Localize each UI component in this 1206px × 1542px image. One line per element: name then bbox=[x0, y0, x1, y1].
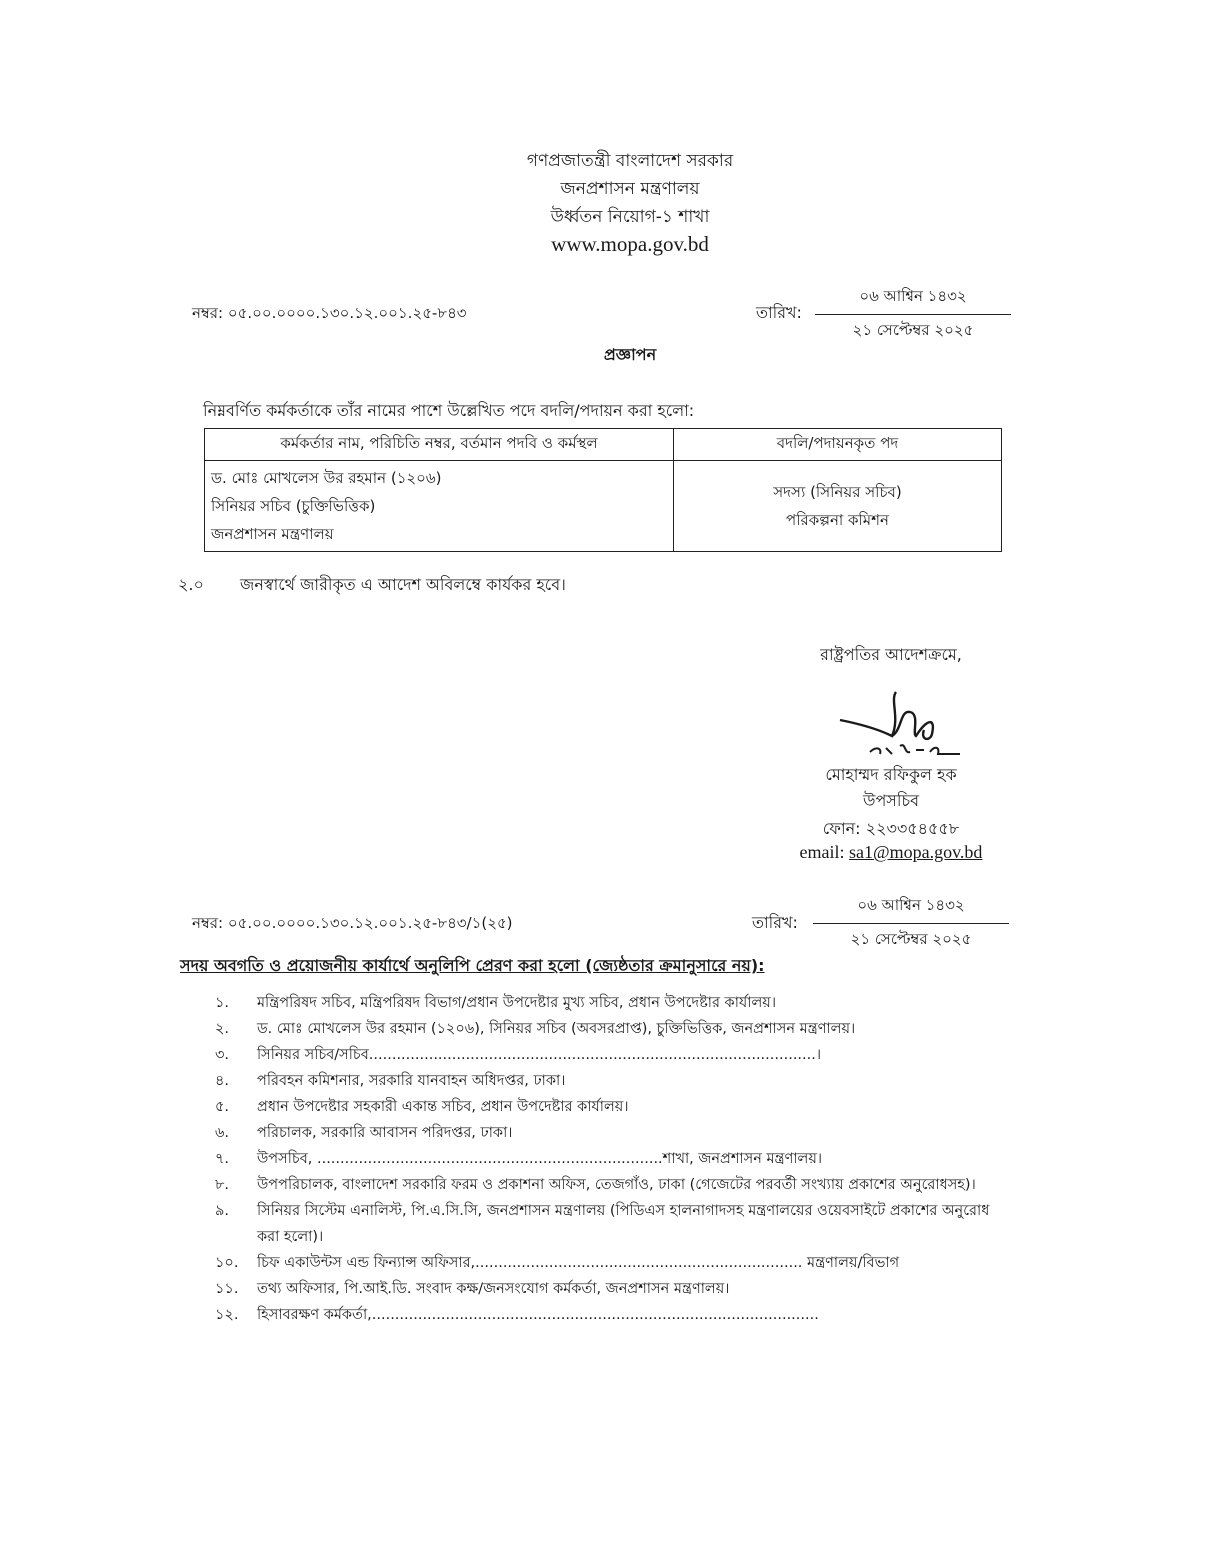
document-title: প্রজ্ঞাপন bbox=[0, 342, 1206, 369]
signature-scribble-icon bbox=[820, 690, 980, 760]
signatory-designation: উপসচিব bbox=[760, 788, 1022, 815]
list-item-text: চিফ একাউন্টস এন্ড ফিন্যান্স অফিসার,.....… bbox=[257, 1250, 1005, 1276]
list-item-number: ১১. bbox=[215, 1276, 257, 1302]
officer-designation: সিনিয়র সচিব (চুক্তিভিত্তিক) bbox=[211, 492, 667, 520]
copy-heading: সদয় অবগতি ও প্রয়োজনীয় কার্যার্থে অনুল… bbox=[180, 953, 765, 980]
list-item-number: ৫. bbox=[215, 1094, 257, 1120]
posting-cell: সদস্য (সিনিয়র সচিব) পরিকল্পনা কমিশন bbox=[674, 461, 1002, 552]
intro-text: নিম্নবর্ণিত কর্মকর্তাকে তাঁর নামের পাশে … bbox=[203, 398, 694, 425]
list-item-text: পরিচালক, সরকারি আবাসন পরিদপ্তর, ঢাকা। bbox=[257, 1120, 1005, 1146]
list-item-text: সিনিয়র সচিব/সচিব.......................… bbox=[257, 1042, 1005, 1068]
email-link[interactable]: sa1@mopa.gov.bd bbox=[849, 842, 982, 862]
list-item: ১১.তথ্য অফিসার, পি.আই.ডি. সংবাদ কক্ষ/জনস… bbox=[215, 1276, 1005, 1302]
list-item-text: পরিবহন কমিশনার, সরকারি যানবাহন অধিদপ্তর,… bbox=[257, 1068, 1005, 1094]
list-item-text: প্রধান উপদেষ্টার সহকারী একান্ত সচিব, প্র… bbox=[257, 1094, 1005, 1120]
list-item-number: ৭. bbox=[215, 1146, 257, 1172]
list-item: ৬.পরিচালক, সরকারি আবাসন পরিদপ্তর, ঢাকা। bbox=[215, 1120, 1005, 1146]
signatory-phone: ফোন: ২২৩৩৫৪৫৫৮ bbox=[760, 816, 1022, 843]
list-item-number: ১২. bbox=[215, 1302, 257, 1328]
list-item: ১০.চিফ একাউন্টস এন্ড ফিন্যান্স অফিসার,..… bbox=[215, 1250, 1005, 1276]
list-item-text: তথ্য অফিসার, পি.আই.ডি. সংবাদ কক্ষ/জনসংযো… bbox=[257, 1276, 1005, 1302]
list-item-number: ১. bbox=[215, 990, 257, 1016]
list-item-text: উপপরিচালক, বাংলাদেশ সরকারি ফরম ও প্রকাশন… bbox=[257, 1172, 1005, 1198]
order-line: রাষ্ট্রপতির আদেশক্রমে, bbox=[760, 642, 1022, 669]
copy-list: ১.মন্ত্রিপরিষদ সচিব, মন্ত্রিপরিষদ বিভাগ/… bbox=[215, 990, 1005, 1328]
list-item: ২.ড. মোঃ মোখলেস উর রহমান (১২০৬), সিনিয়র… bbox=[215, 1016, 1005, 1042]
officer-workplace: জনপ্রশাসন মন্ত্রণালয় bbox=[211, 520, 667, 548]
list-item: ৮.উপপরিচালক, বাংলাদেশ সরকারি ফরম ও প্রকা… bbox=[215, 1172, 1005, 1198]
posting-position: সদস্য (সিনিয়র সচিব) bbox=[680, 478, 995, 506]
signatory-email: email: sa1@mopa.gov.bd bbox=[760, 842, 1022, 863]
date-bangla: ০৬ আশ্বিন ১৪৩২ bbox=[815, 285, 1011, 315]
table-header-posting: বদলি/পদায়নকৃত পদ bbox=[674, 429, 1002, 461]
govt-name: গণপ্রজাতন্ত্রী বাংলাদেশ সরকার bbox=[0, 148, 1206, 176]
posting-table: কর্মকর্তার নাম, পরিচিতি নম্বর, বর্তমান প… bbox=[204, 428, 1002, 552]
list-item: ৯.সিনিয়র সিস্টেম এনালিস্ট, পি.এ.সি.সি, … bbox=[215, 1198, 1005, 1250]
list-item-text: সিনিয়র সিস্টেম এনালিস্ট, পি.এ.সি.সি, জন… bbox=[257, 1198, 1005, 1250]
list-item: ৪.পরিবহন কমিশনার, সরকারি যানবাহন অধিদপ্ত… bbox=[215, 1068, 1005, 1094]
list-item: ৩.সিনিয়র সচিব/সচিব.....................… bbox=[215, 1042, 1005, 1068]
memo-number: নম্বর: ০৫.০০.০০০০.১৩০.১২.০০১.২৫-৮৪৩ bbox=[192, 302, 467, 327]
officer-cell: ড. মোঃ মোখলেস উর রহমান (১২০৬) সিনিয়র সচ… bbox=[205, 461, 674, 552]
officer-name: ড. মোঃ মোখলেস উর রহমান (১২০৬) bbox=[211, 464, 667, 492]
list-item: ৭.উপসচিব, ..............................… bbox=[215, 1146, 1005, 1172]
ministry-name: জনপ্রশাসন মন্ত্রণালয় bbox=[0, 176, 1206, 204]
list-item-number: ১০. bbox=[215, 1250, 257, 1276]
memo-date-copy: ০৬ আশ্বিন ১৪৩২ ২১ সেপ্টেম্বর ২০২৫ bbox=[813, 894, 1009, 953]
table-header-officer: কর্মকর্তার নাম, পরিচিতি নম্বর, বর্তমান প… bbox=[205, 429, 674, 461]
list-item-number: ৮. bbox=[215, 1172, 257, 1198]
list-item-number: ৪. bbox=[215, 1068, 257, 1094]
website-link[interactable]: www.mopa.gov.bd bbox=[0, 232, 1206, 257]
paragraph-text: জনস্বার্থে জারীকৃত এ আদেশ অবিলম্বে কার্য… bbox=[240, 575, 566, 594]
list-item-number: ৬. bbox=[215, 1120, 257, 1146]
date-gregorian-copy: ২১ সেপ্টেম্বর ২০২৫ bbox=[813, 924, 1009, 953]
memo-date: ০৬ আশ্বিন ১৪৩২ ২১ সেপ্টেম্বর ২০২৫ bbox=[815, 285, 1011, 344]
date-gregorian: ২১ সেপ্টেম্বর ২০২৫ bbox=[815, 315, 1011, 344]
list-item-number: ৯. bbox=[215, 1198, 257, 1250]
section-name: উর্ধ্বতন নিয়োগ-১ শাখা bbox=[0, 204, 1206, 232]
list-item-number: ২. bbox=[215, 1016, 257, 1042]
list-item-number: ৩. bbox=[215, 1042, 257, 1068]
list-item-text: হিসাবরক্ষণ কর্মকর্তা,...................… bbox=[257, 1302, 1005, 1328]
posting-office: পরিকল্পনা কমিশন bbox=[680, 506, 995, 534]
date-bangla-copy: ০৬ আশ্বিন ১৪৩২ bbox=[813, 894, 1009, 924]
memo-number-copy: নম্বর: ০৫.০০.০০০০.১৩০.১২.০০১.২৫-৮৪৩/১(২৫… bbox=[192, 912, 513, 937]
signatory-name: মোহাম্মদ রফিকুল হক bbox=[760, 762, 1022, 789]
list-item-text: ড. মোঃ মোখলেস উর রহমান (১২০৬), সিনিয়র স… bbox=[257, 1016, 1005, 1042]
email-label: email: bbox=[800, 842, 845, 862]
date-label: তারিখ: bbox=[756, 300, 802, 327]
list-item: ১২.হিসাবরক্ষণ কর্মকর্তা,................… bbox=[215, 1302, 1005, 1328]
list-item: ৫.প্রধান উপদেষ্টার সহকারী একান্ত সচিব, প… bbox=[215, 1094, 1005, 1120]
paragraph-number: ২.০ bbox=[178, 572, 240, 599]
list-item-text: মন্ত্রিপরিষদ সচিব, মন্ত্রিপরিষদ বিভাগ/প্… bbox=[257, 990, 1005, 1016]
list-item: ১.মন্ত্রিপরিষদ সচিব, মন্ত্রিপরিষদ বিভাগ/… bbox=[215, 990, 1005, 1016]
table-row: ড. মোঃ মোখলেস উর রহমান (১২০৬) সিনিয়র সচ… bbox=[205, 461, 1002, 552]
date-label-copy: তারিখ: bbox=[752, 910, 798, 937]
list-item-text: উপসচিব, ................................… bbox=[257, 1146, 1005, 1172]
paragraph-2: ২.০জনস্বার্থে জারীকৃত এ আদেশ অবিলম্বে কা… bbox=[178, 572, 566, 599]
